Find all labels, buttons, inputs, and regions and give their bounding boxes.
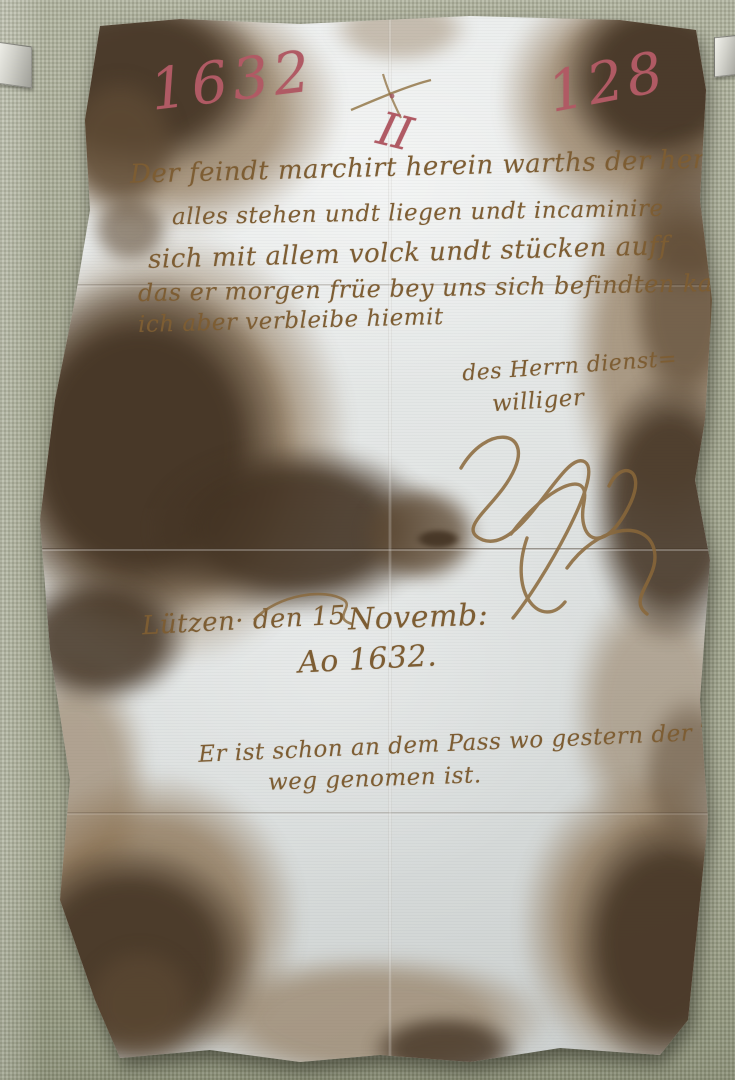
burn-stain [0, 844, 260, 1074]
burn-stain [370, 1014, 520, 1080]
postscript-line-1: Er ist schon an dem Pass wo gestern der … [198, 718, 735, 768]
body-line-2: alles stehen undt liegen undt incaminire [172, 196, 664, 231]
burn-stain [0, 654, 150, 914]
museum-photo-scene: 1632 128 II Der feindt marchirt herein w… [0, 0, 735, 1080]
document-paper: 1632 128 II Der feindt marchirt herein w… [30, 14, 710, 1066]
burn-stain [0, 774, 300, 1064]
postscript-line-2: weg genomen ist. [268, 762, 482, 795]
mount-clip-right [714, 35, 735, 78]
burn-stain [630, 194, 735, 414]
fold-crease-lower [30, 812, 710, 815]
folio-number: 128 [543, 39, 672, 125]
mount-clip-left [0, 41, 32, 88]
body-line-5: ich aber verbleibe hiemit [138, 304, 444, 338]
dateline-flourish [248, 586, 358, 630]
body-line-4: das er morgen früe bey uns sich befindte… [138, 269, 729, 307]
body-line-1: Der feindt marchirt herein warths der he… [130, 144, 719, 189]
dateline-month: Novemb: [347, 598, 488, 638]
burn-stain [520, 774, 735, 1074]
burn-stain [330, 0, 470, 64]
closing-line-1: des Herrn dienst= [461, 347, 677, 387]
burn-stain [80, 944, 200, 1064]
burn-stain [190, 954, 550, 1080]
document-wrap: 1632 128 II Der feindt marchirt herein w… [30, 14, 710, 1066]
burn-stain [570, 814, 735, 1074]
dateline-year: Ao 1632. [297, 638, 438, 680]
burn-stain [640, 694, 735, 854]
body-line-3: sich mit allem volck undt stücken auff [148, 231, 670, 275]
year-mark: 1632 [147, 38, 319, 124]
